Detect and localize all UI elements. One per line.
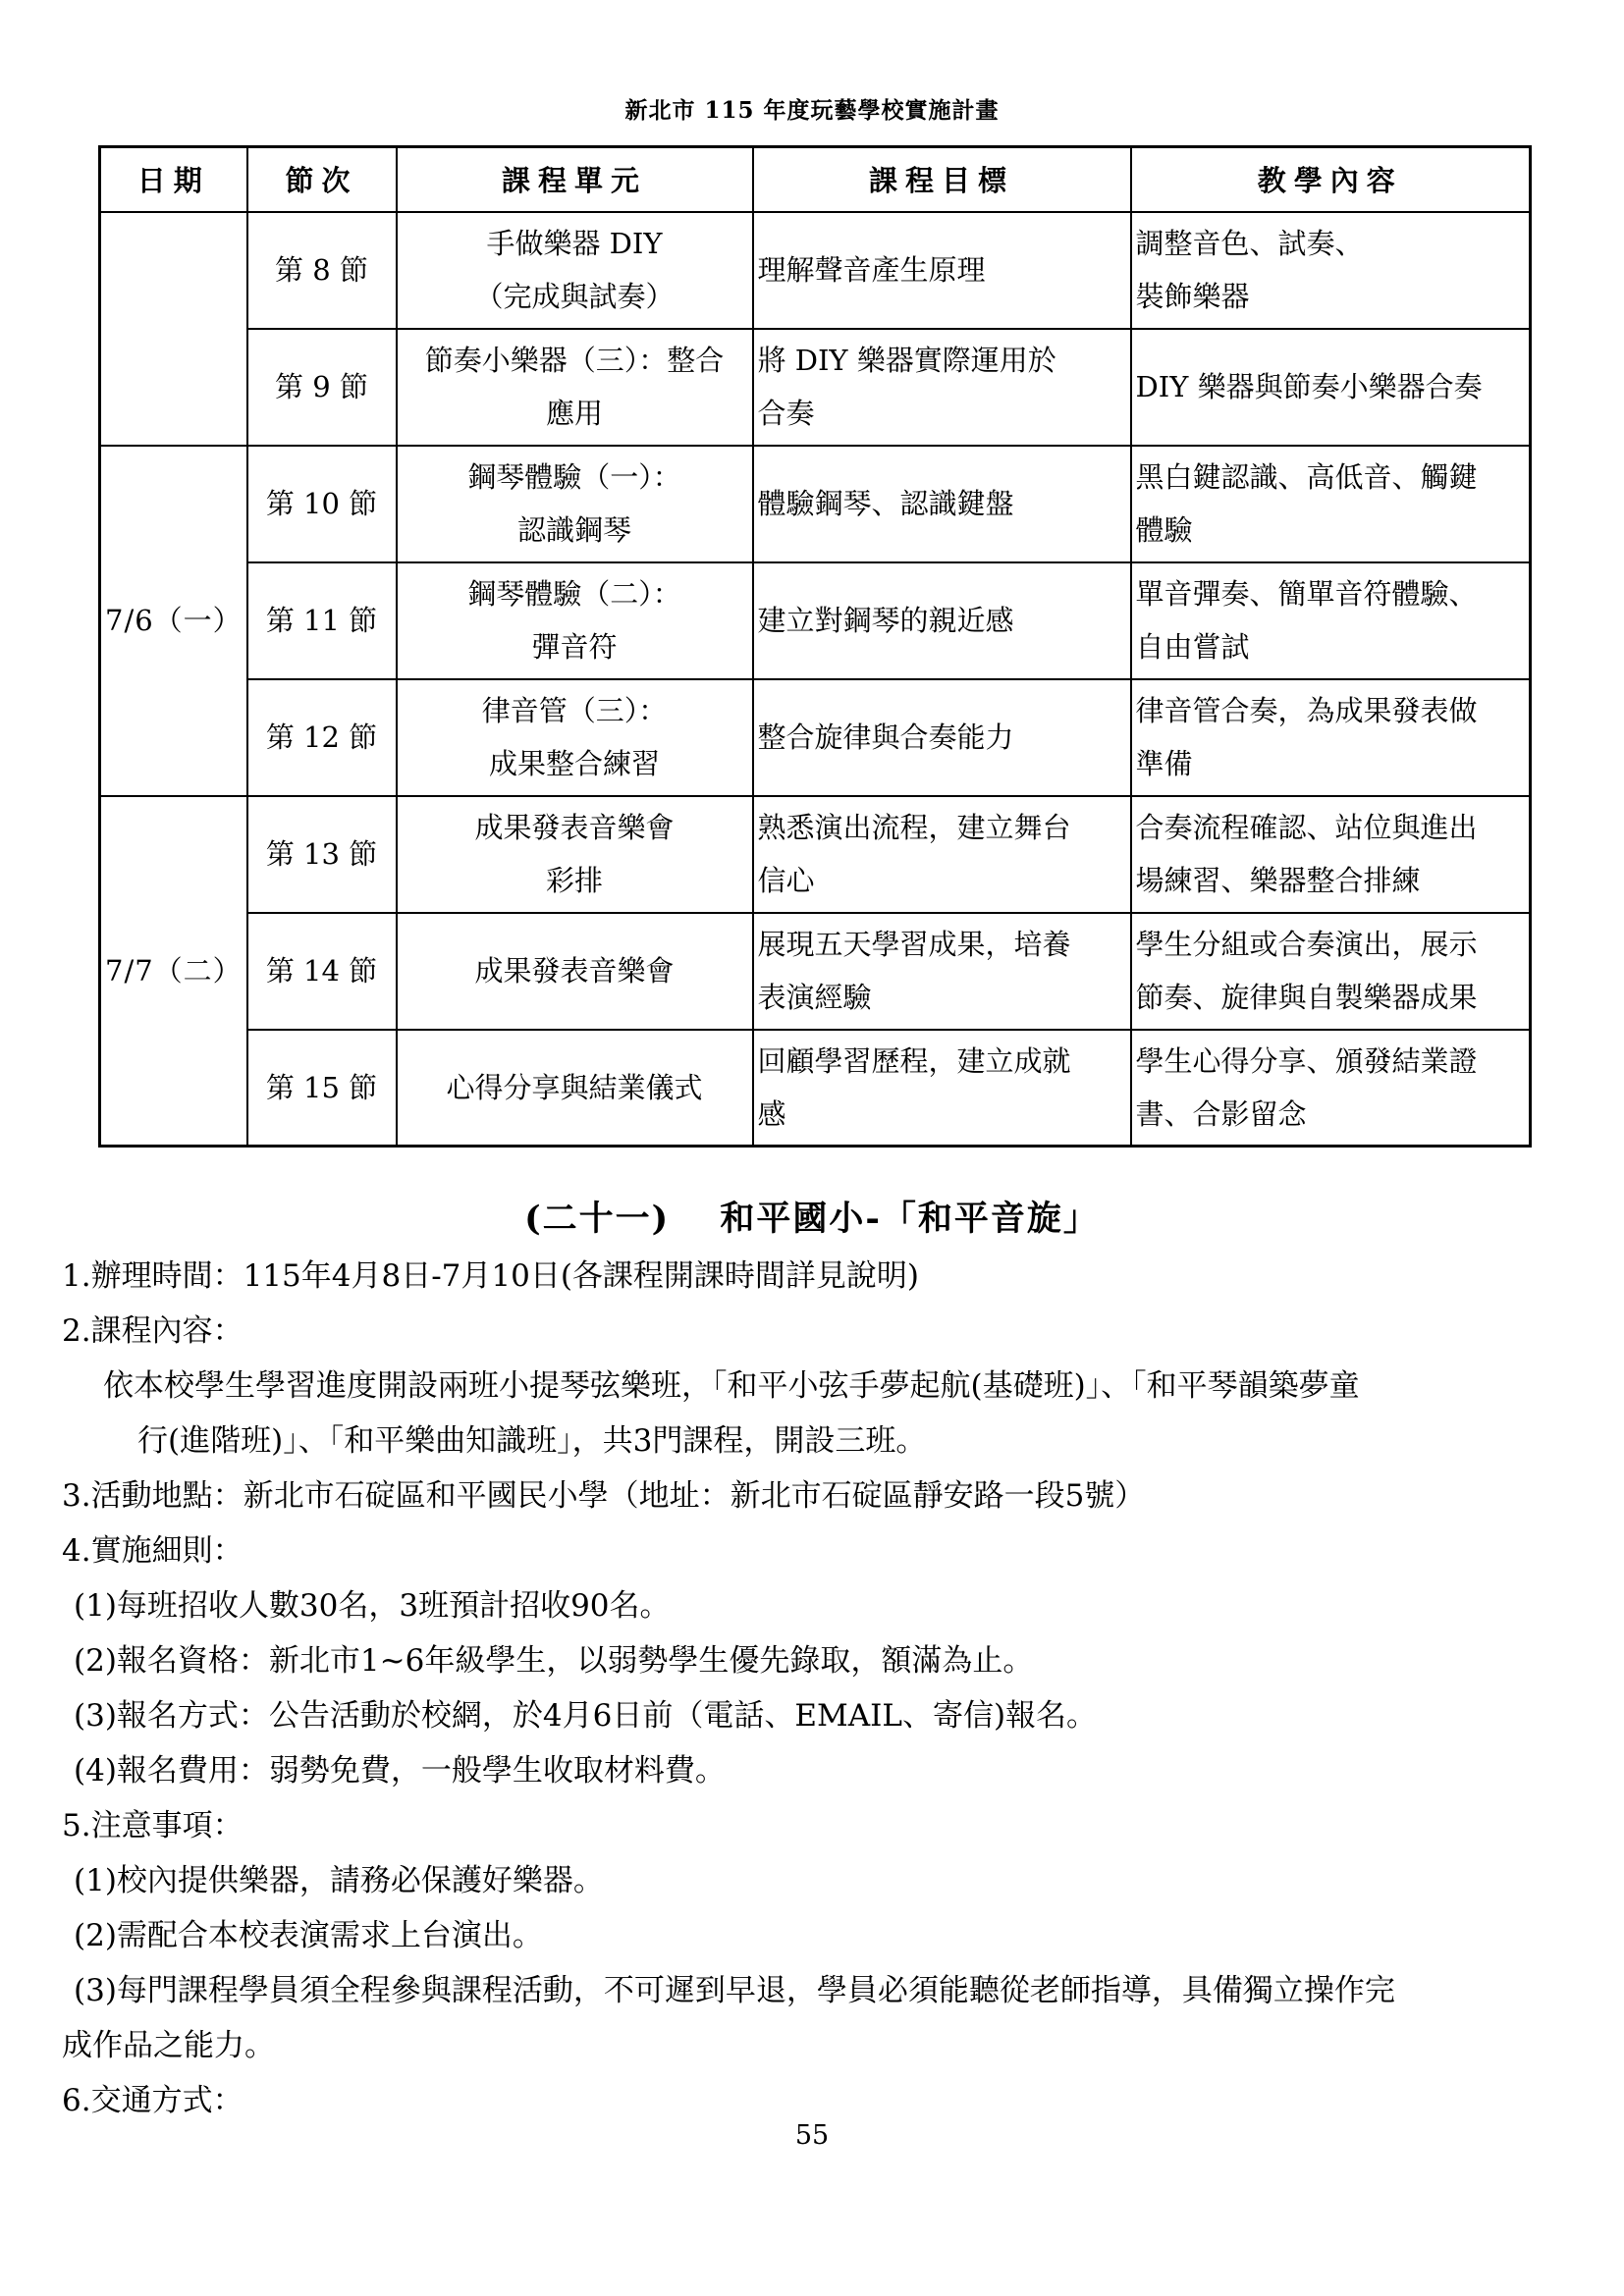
content-cell: 合奏流程確認、站位與進出 場練習、樂器整合排練 <box>1131 796 1531 913</box>
text-line: 5.注意事項： <box>0 1798 1624 1853</box>
table-header-cell: 日期 <box>100 147 247 212</box>
unit-cell: 鋼琴體驗（二）： 彈音符 <box>397 562 753 679</box>
unit-cell: 成果發表音樂會 彩排 <box>397 796 753 913</box>
content-cell: 學生分組或合奏演出，展示 節奏、旋律與自製樂器成果 <box>1131 913 1531 1030</box>
unit-cell: 心得分享與結業儀式 <box>397 1030 753 1147</box>
table-row: 第 8 節手做樂器 DIY （完成與試奏）理解聲音產生原理調整音色、試奏、 裝飾… <box>100 212 1531 329</box>
text-line: (4)報名費用：弱勢免費，一般學生收取材料費。 <box>0 1743 1624 1798</box>
goal-cell: 熟悉演出流程，建立舞台 信心 <box>753 796 1131 913</box>
session-cell: 第 15 節 <box>247 1030 397 1147</box>
page-number: 55 <box>0 2120 1624 2151</box>
session-cell: 第 14 節 <box>247 913 397 1030</box>
document-title: 新北市 115 年度玩藝學校實施計畫 <box>0 92 1624 125</box>
table-body: 第 8 節手做樂器 DIY （完成與試奏）理解聲音產生原理調整音色、試奏、 裝飾… <box>100 212 1531 1147</box>
table-header-cell: 課程目標 <box>753 147 1131 212</box>
unit-cell: 鋼琴體驗（一）： 認識鋼琴 <box>397 446 753 562</box>
text-line: 依本校學生學習進度開設兩班小提琴弦樂班，「和平小弦手夢起航(基礎班)」、「和平琴… <box>0 1359 1624 1414</box>
session-cell: 第 13 節 <box>247 796 397 913</box>
text-line: 成作品之能力。 <box>0 2018 1624 2073</box>
text-line: (1)校內提供樂器，請務必保護好樂器。 <box>0 1853 1624 1908</box>
text-line: 3.活動地點：新北市石碇區和平國民小學（地址：新北市石碇區靜安路一段5號） <box>0 1468 1624 1523</box>
text-line: 2.課程內容： <box>0 1304 1624 1359</box>
table-row: 第 9 節節奏小樂器（三）：整合 應用將 DIY 樂器實際運用於 合奏DIY 樂… <box>100 329 1531 446</box>
section-heading: (二十一) 和平國小-「和平音旋」 <box>0 1192 1624 1241</box>
course-schedule-table: 日期節次課程單元課程目標教學內容 第 8 節手做樂器 DIY （完成與試奏）理解… <box>98 145 1532 1148</box>
content-cell: 黑白鍵認識、高低音、觸鍵 體驗 <box>1131 446 1531 562</box>
date-cell <box>100 212 247 446</box>
date-cell: 7/6（一） <box>100 446 247 796</box>
unit-cell: 節奏小樂器（三）：整合 應用 <box>397 329 753 446</box>
table-row: 第 14 節成果發表音樂會展現五天學習成果，培養 表演經驗學生分組或合奏演出，展… <box>100 913 1531 1030</box>
text-line: (3)每門課程學員須全程參與課程活動，不可遲到早退，學員必須能聽從老師指導，具備… <box>0 1963 1624 2018</box>
content-cell: 調整音色、試奏、 裝飾樂器 <box>1131 212 1531 329</box>
session-cell: 第 9 節 <box>247 329 397 446</box>
goal-cell: 體驗鋼琴、認識鍵盤 <box>753 446 1131 562</box>
session-cell: 第 8 節 <box>247 212 397 329</box>
goal-cell: 理解聲音產生原理 <box>753 212 1131 329</box>
document-page: 新北市 115 年度玩藝學校實施計畫 日期節次課程單元課程目標教學內容 第 8 … <box>0 0 1624 2296</box>
table-row: 第 15 節心得分享與結業儀式回顧學習歷程，建立成就 感學生心得分享、頒發結業證… <box>100 1030 1531 1147</box>
goal-cell: 建立對鋼琴的親近感 <box>753 562 1131 679</box>
session-cell: 第 12 節 <box>247 679 397 796</box>
content-cell: 學生心得分享、頒發結業證 書、合影留念 <box>1131 1030 1531 1147</box>
unit-cell: 手做樂器 DIY （完成與試奏） <box>397 212 753 329</box>
unit-cell: 律音管（三）： 成果整合練習 <box>397 679 753 796</box>
session-cell: 第 11 節 <box>247 562 397 679</box>
unit-cell: 成果發表音樂會 <box>397 913 753 1030</box>
content-cell: 單音彈奏、簡單音符體驗、 自由嘗試 <box>1131 562 1531 679</box>
session-cell: 第 10 節 <box>247 446 397 562</box>
goal-cell: 展現五天學習成果，培養 表演經驗 <box>753 913 1131 1030</box>
text-line: 4.實施細則： <box>0 1523 1624 1578</box>
body-text: 1.辦理時間：115年4月8日-7月10日(各課程開課時間詳見說明)2.課程內容… <box>0 1249 1624 2128</box>
table-row: 第 11 節鋼琴體驗（二）： 彈音符建立對鋼琴的親近感單音彈奏、簡單音符體驗、 … <box>100 562 1531 679</box>
content-cell: DIY 樂器與節奏小樂器合奏 <box>1131 329 1531 446</box>
table-header-cell: 教學內容 <box>1131 147 1531 212</box>
text-line: 行(進階班)」、「和平樂曲知識班」，共3門課程，開設三班。 <box>0 1414 1624 1468</box>
text-line: (3)報名方式：公告活動於校網，於4月6日前（電話、EMAIL、寄信)報名。 <box>0 1688 1624 1743</box>
text-line: (2)報名資格：新北市1~6年級學生，以弱勢學生優先錄取，額滿為止。 <box>0 1633 1624 1688</box>
goal-cell: 回顧學習歷程，建立成就 感 <box>753 1030 1131 1147</box>
date-cell: 7/7（二） <box>100 796 247 1147</box>
text-line: 1.辦理時間：115年4月8日-7月10日(各課程開課時間詳見說明) <box>0 1249 1624 1304</box>
table-row: 7/7（二）第 13 節成果發表音樂會 彩排熟悉演出流程，建立舞台 信心合奏流程… <box>100 796 1531 913</box>
table-header-cell: 節次 <box>247 147 397 212</box>
table-row: 第 12 節律音管（三）： 成果整合練習整合旋律與合奏能力律音管合奏，為成果發表… <box>100 679 1531 796</box>
goal-cell: 整合旋律與合奏能力 <box>753 679 1131 796</box>
content-cell: 律音管合奏，為成果發表做 準備 <box>1131 679 1531 796</box>
text-line: (1)每班招收人數30名，3班預計招收90名。 <box>0 1578 1624 1633</box>
goal-cell: 將 DIY 樂器實際運用於 合奏 <box>753 329 1131 446</box>
table-header-row: 日期節次課程單元課程目標教學內容 <box>100 147 1531 212</box>
text-line: (2)需配合本校表演需求上台演出。 <box>0 1908 1624 1963</box>
table-header-cell: 課程單元 <box>397 147 753 212</box>
table-header: 日期節次課程單元課程目標教學內容 <box>100 147 1531 212</box>
table-row: 7/6（一）第 10 節鋼琴體驗（一）： 認識鋼琴體驗鋼琴、認識鍵盤黑白鍵認識、… <box>100 446 1531 562</box>
